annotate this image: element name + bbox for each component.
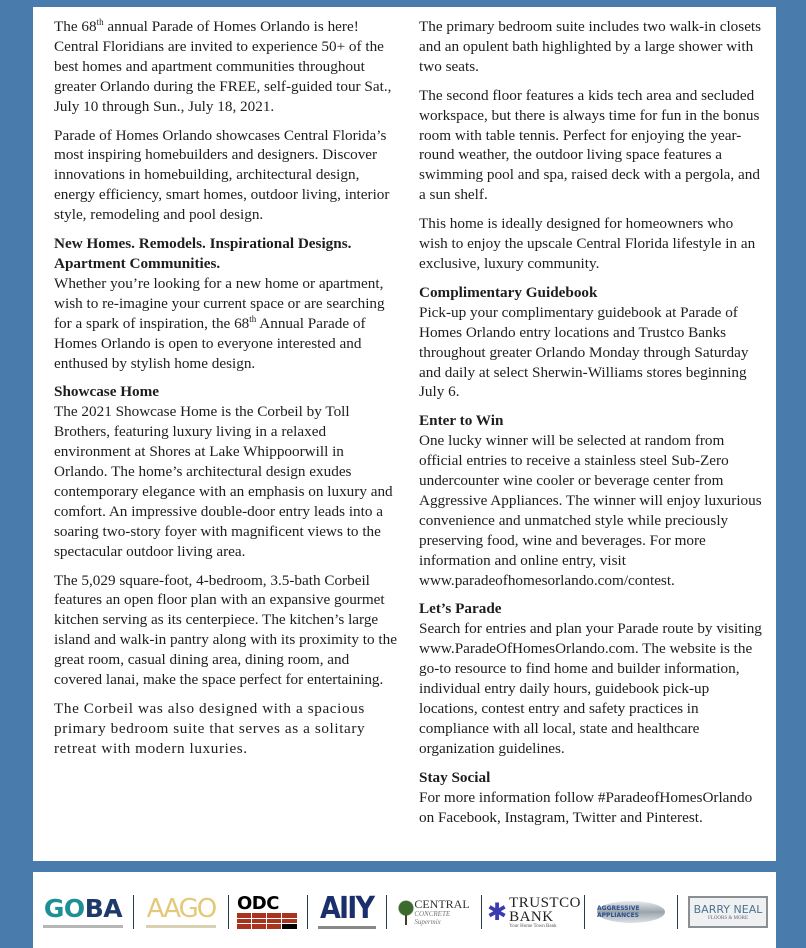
- aago-wordmark: AAGO: [147, 896, 215, 922]
- central-concrete-mark: CENTRAL CONCRETE Supermix: [398, 898, 469, 926]
- goba-logo: GOBA: [41, 892, 125, 932]
- odc-wordmark: ODC: [237, 895, 279, 913]
- brick-icon: [237, 913, 297, 929]
- new-homes-section: New Homes. Remodels. Inspirational Desig…: [54, 234, 399, 373]
- goba-tagline-line: [43, 925, 123, 928]
- enter-to-win-heading: Enter to Win: [419, 411, 764, 431]
- bedroom-suite-paragraph: The Corbeil was also designed with a spa…: [54, 699, 399, 759]
- contest-link[interactable]: www.paradeofhomesorlando.com/contest.: [419, 571, 764, 591]
- right-column: The primary bedroom suite includes two w…: [419, 17, 764, 836]
- second-floor-paragraph: The second floor features a kids tech ar…: [419, 86, 764, 205]
- central-line2: CONCRETE: [414, 910, 469, 918]
- ideal-home-paragraph: This home is ideally designed for homeow…: [419, 214, 764, 274]
- stay-social-heading: Stay Social: [419, 768, 764, 788]
- website-link[interactable]: www.ParadeOfHomesOrlando.com: [419, 640, 635, 657]
- left-column: The 68th annual Parade of Homes Orlando …: [54, 17, 399, 768]
- showcase-home-body: The 2021 Showcase Home is the Corbeil by…: [54, 402, 399, 561]
- guidebook-heading: Complimentary Guidebook: [419, 283, 764, 303]
- barry-neal-badge: BARRY NEAL FLOORS & MORE: [688, 896, 768, 928]
- barry-neal-wordmark: BARRY NEAL: [694, 904, 763, 916]
- ordinal-suffix: th: [97, 17, 104, 27]
- central-concrete-text: CENTRAL CONCRETE Supermix: [414, 898, 469, 926]
- central-line3: Supermix: [414, 918, 469, 926]
- ally-logo: AIIY: [316, 892, 378, 932]
- enter-to-win-section: Enter to Win One lucky winner will be se…: [419, 411, 764, 590]
- article-panel: The 68th annual Parade of Homes Orlando …: [33, 7, 776, 861]
- primary-suite-paragraph: The primary bedroom suite includes two w…: [419, 17, 764, 77]
- logo-divider: [584, 895, 585, 929]
- trustco-line1: TRUSTCO: [509, 896, 581, 910]
- aago-tagline-line: [146, 925, 216, 928]
- odc-logo: ODC: [237, 892, 299, 932]
- logo-divider: [386, 895, 387, 929]
- logo-divider: [307, 895, 308, 929]
- logo-divider: [133, 895, 134, 929]
- stay-social-body: For more information follow #ParadeofHom…: [419, 788, 764, 828]
- trustco-tagline: Your Home Town Bank: [509, 924, 581, 929]
- goba-go: GO: [44, 894, 85, 923]
- ally-tagline-line: [318, 926, 376, 929]
- central-line1: CENTRAL: [414, 898, 469, 910]
- guidebook-section: Complimentary Guidebook Pick-up your com…: [419, 283, 764, 402]
- trustco-bank-logo: ✱ TRUSTCO BANK Your Home Town Bank: [490, 892, 576, 932]
- new-homes-body: Whether you’re looking for a new home or…: [54, 274, 399, 374]
- aggressive-appliances-badge: AGGRESSIVE APPLIANCES: [597, 901, 665, 923]
- trustco-line2: BANK: [509, 910, 581, 924]
- trustco-star-icon: ✱: [485, 900, 509, 924]
- intro-text: annual Parade of Homes Orlando is here! …: [54, 18, 391, 115]
- showcase-home-section: Showcase Home The 2021 Showcase Home is …: [54, 382, 399, 561]
- stay-social-section: Stay Social For more information follow …: [419, 768, 764, 828]
- new-homes-heading: New Homes. Remodels. Inspirational Desig…: [54, 234, 399, 274]
- trustco-mark-wrap: ✱ TRUSTCO BANK Your Home Town Bank: [485, 896, 581, 929]
- lets-parade-section: Let’s Parade Search for entries and plan…: [419, 599, 764, 758]
- aggressive-appliances-logo: AGGRESSIVE APPLIANCES: [593, 892, 669, 932]
- lets-parade-body-end: . The website is the go-to resource to f…: [419, 640, 752, 757]
- showcases-paragraph: Parade of Homes Orlando showcases Centra…: [54, 126, 399, 226]
- logo-divider: [228, 895, 229, 929]
- aago-logo: AAGO: [142, 892, 220, 932]
- showcase-home-heading: Showcase Home: [54, 382, 399, 402]
- goba-ba: BA: [85, 894, 122, 923]
- central-concrete-logo: CENTRAL CONCRETE Supermix: [395, 892, 473, 932]
- intro-paragraph: The 68th annual Parade of Homes Orlando …: [54, 17, 399, 117]
- trustco-text: TRUSTCO BANK Your Home Town Bank: [509, 896, 581, 929]
- lets-parade-body: Search for entries and plan your Parade …: [419, 619, 764, 758]
- enter-to-win-body: One lucky winner will be selected at ran…: [419, 431, 764, 570]
- sponsor-logos: GOBA AAGO ODC AIIY CENTRAL CONCRETE: [41, 892, 771, 932]
- sponsor-logo-bar: GOBA AAGO ODC AIIY CENTRAL CONCRETE: [33, 872, 776, 948]
- ally-wordmark: AIIY: [320, 895, 373, 923]
- barry-neal-sub: FLOORS & MORE: [708, 916, 748, 921]
- tree-icon: [398, 899, 414, 925]
- barry-neal-logo: BARRY NEAL FLOORS & MORE: [686, 892, 770, 932]
- lets-parade-heading: Let’s Parade: [419, 599, 764, 619]
- guidebook-body: Pick-up your complimentary guidebook at …: [419, 303, 764, 403]
- intro-prefix: The 68: [54, 18, 97, 35]
- floor-plan-paragraph: The 5,029 square-foot, 4-bedroom, 3.5-ba…: [54, 571, 399, 690]
- goba-wordmark: GOBA: [44, 896, 122, 922]
- lets-parade-body-start: Search for entries and plan your Parade …: [419, 620, 762, 637]
- logo-divider: [677, 895, 678, 929]
- logo-divider: [481, 895, 482, 929]
